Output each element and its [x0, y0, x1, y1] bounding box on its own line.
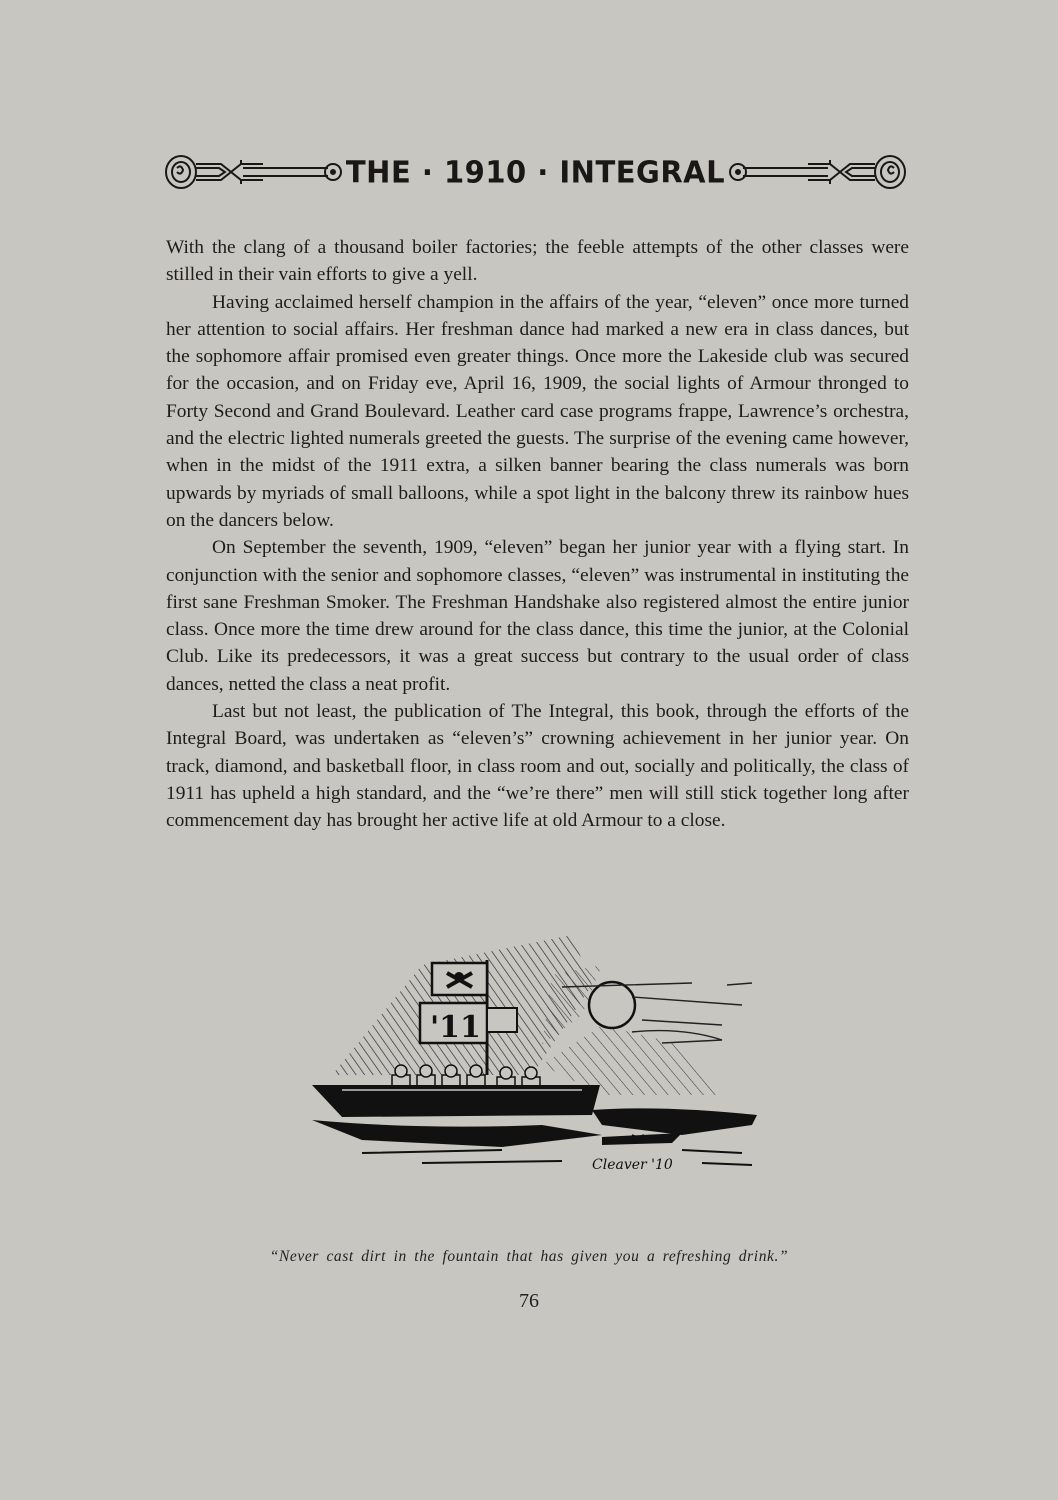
moon-icon — [589, 982, 635, 1028]
paragraph: On September the seventh, 1909, “eleven”… — [166, 534, 909, 698]
publication-title: THE · 1910 · INTEGRAL — [346, 154, 725, 190]
ship-illustration: '11 Cleaver '10 — [302, 925, 767, 1180]
paragraph: Having acclaimed herself champion in the… — [166, 289, 909, 535]
right-scroll-ornament-icon — [728, 152, 908, 192]
quotation-caption: “Never cast dirt in the fountain that ha… — [0, 1248, 1058, 1266]
paragraph: With the clang of a thousand boiler fact… — [166, 234, 909, 289]
running-header: THE · 1910 · INTEGRAL — [163, 148, 908, 196]
paragraph: Last but not least, the publication of T… — [166, 698, 909, 834]
page-number: 76 — [0, 1290, 1058, 1313]
left-scroll-ornament-icon — [163, 152, 343, 192]
artist-signature: Cleaver '10 — [592, 1157, 673, 1173]
article-body: With the clang of a thousand boiler fact… — [166, 234, 909, 835]
class-numeral-flag: '11 — [430, 1010, 481, 1045]
